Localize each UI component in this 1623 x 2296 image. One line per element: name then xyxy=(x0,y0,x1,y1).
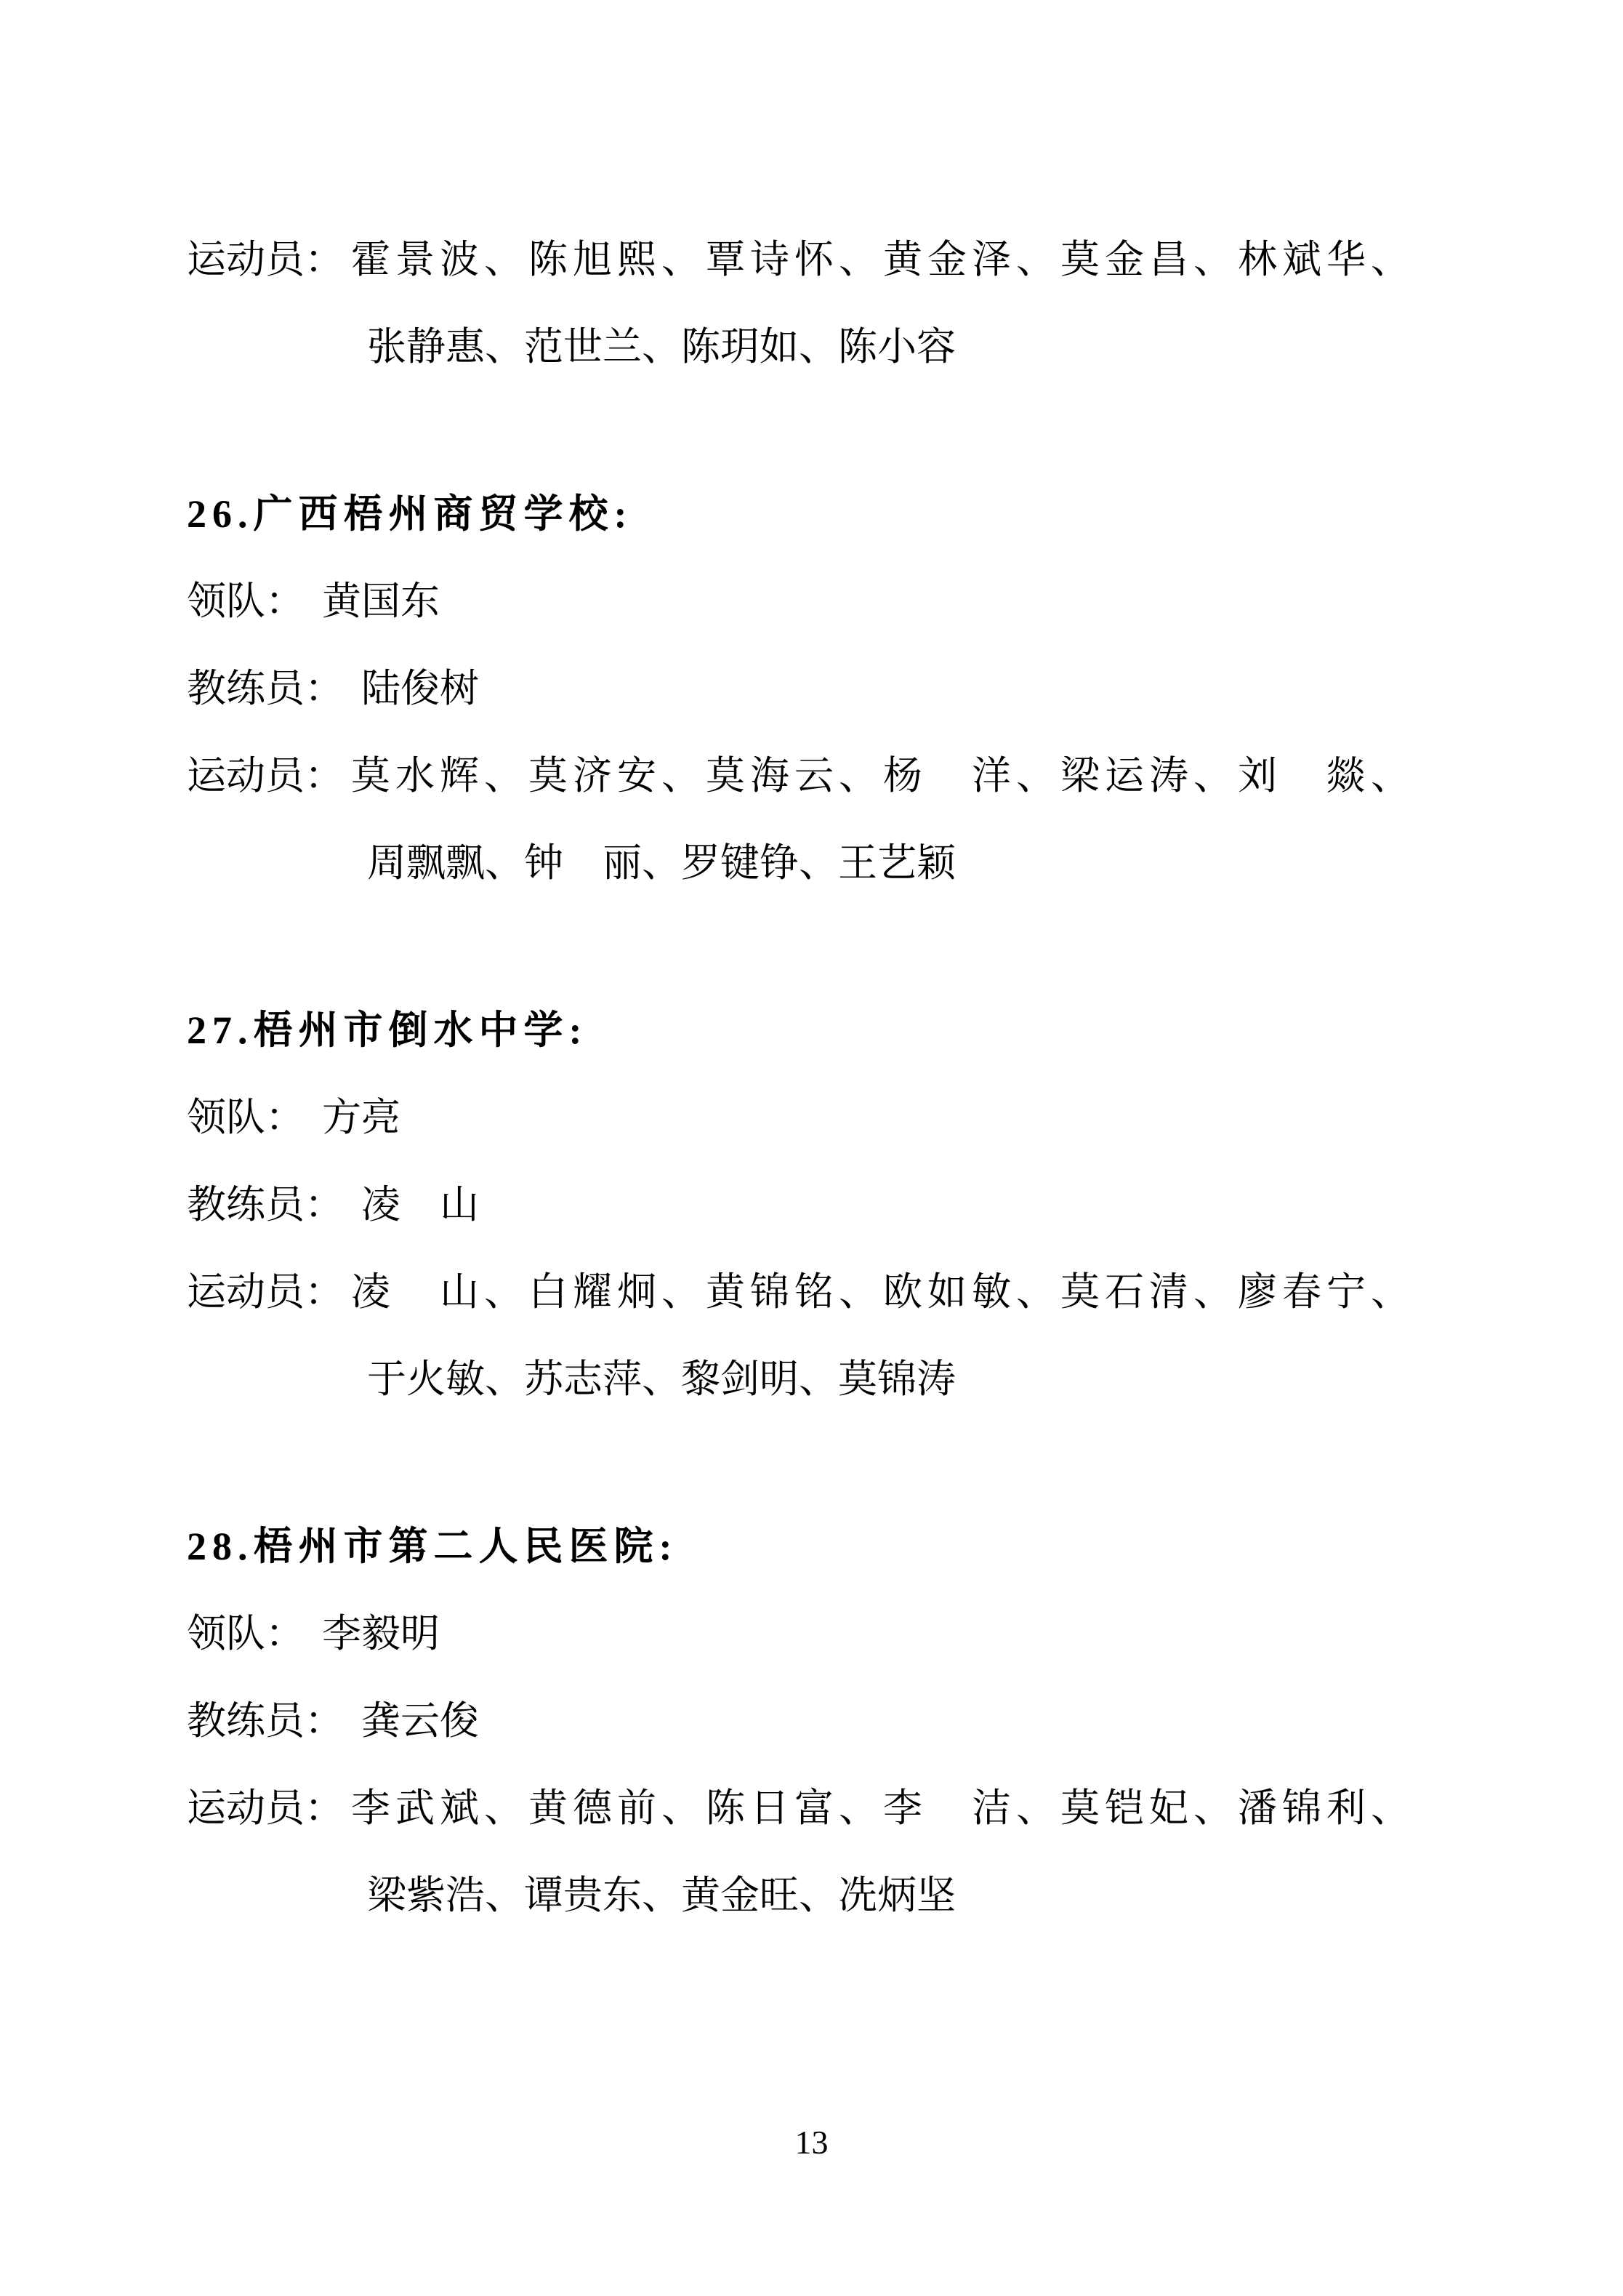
leader-name: 黄国东 xyxy=(322,579,440,623)
leader-line-28: 领队：李毅明 xyxy=(187,1590,1443,1677)
leader-name: 方亮 xyxy=(322,1096,400,1139)
athletes-names: 凌 山、白耀炯、黄锦铭、欧如敏、莫石清、廖春宁、 xyxy=(351,1270,1415,1314)
athletes-names: 莫水辉、莫济安、莫海云、杨 洋、梁运涛、刘 燚、 xyxy=(351,754,1415,798)
leader-label: 领队： xyxy=(187,579,305,623)
leader-name: 李毅明 xyxy=(322,1612,440,1655)
coach-label: 教练员： xyxy=(187,1699,344,1743)
continuation-athletes-line-2: 张静惠、范世兰、陈玥如、陈小容 xyxy=(187,303,1443,390)
coach-line-27: 教练员：凌 山 xyxy=(187,1161,1443,1248)
section-heading-26: 26.广西梧州商贸学校: xyxy=(187,470,1443,558)
leader-line-27: 领队：方亮 xyxy=(187,1074,1443,1161)
document-content: 运动员：霍景波、陈旭熙、覃诗怀、黄金泽、莫金昌、林斌华、 张静惠、范世兰、陈玥如… xyxy=(187,216,1443,1939)
section-gap xyxy=(187,390,1443,470)
athletes-names: 张静惠、范世兰、陈玥如、陈小容 xyxy=(367,325,956,369)
athletes-label: 运动员： xyxy=(187,1786,344,1830)
athletes-label: 运动员： xyxy=(187,238,344,281)
athletes-line-27-2: 于火敏、苏志萍、黎剑明、莫锦涛 xyxy=(187,1336,1443,1423)
section-heading-27: 27.梧州市倒水中学: xyxy=(187,987,1443,1074)
athletes-label: 运动员： xyxy=(187,1270,344,1314)
leader-label: 领队： xyxy=(187,1096,305,1139)
coach-label: 教练员： xyxy=(187,1183,344,1227)
section-gap xyxy=(187,907,1443,987)
athletes-names: 李武斌、黄德前、陈日富、李 洁、莫铠妃、潘锦利、 xyxy=(351,1786,1415,1830)
athletes-names: 于火敏、苏志萍、黎剑明、莫锦涛 xyxy=(367,1357,956,1401)
section-heading-28: 28.梧州市第二人民医院: xyxy=(187,1503,1443,1590)
coach-line-28: 教练员：龚云俊 xyxy=(187,1677,1443,1765)
coach-name: 陆俊树 xyxy=(361,667,479,710)
coach-label: 教练员： xyxy=(187,667,344,710)
document-page: 运动员：霍景波、陈旭熙、覃诗怀、黄金泽、莫金昌、林斌华、 张静惠、范世兰、陈玥如… xyxy=(0,0,1623,2296)
coach-line-26: 教练员：陆俊树 xyxy=(187,645,1443,732)
coach-name: 龚云俊 xyxy=(361,1699,479,1743)
continuation-athletes-line-1: 运动员：霍景波、陈旭熙、覃诗怀、黄金泽、莫金昌、林斌华、 xyxy=(187,216,1443,303)
section-gap xyxy=(187,1423,1443,1503)
athletes-names: 周飘飘、钟 丽、罗键铮、王艺颖 xyxy=(367,841,956,885)
coach-name: 凌 山 xyxy=(361,1183,479,1227)
athletes-line-26-1: 运动员：莫水辉、莫济安、莫海云、杨 洋、梁运涛、刘 燚、 xyxy=(187,732,1443,819)
athletes-names: 霍景波、陈旭熙、覃诗怀、黄金泽、莫金昌、林斌华、 xyxy=(351,238,1415,281)
athletes-line-26-2: 周飘飘、钟 丽、罗键铮、王艺颖 xyxy=(187,819,1443,907)
athletes-line-28-1: 运动员：李武斌、黄德前、陈日富、李 洁、莫铠妃、潘锦利、 xyxy=(187,1765,1443,1852)
leader-line-26: 领队：黄国东 xyxy=(187,558,1443,645)
athletes-line-28-2: 梁紫浩、谭贵东、黄金旺、冼炳坚 xyxy=(187,1852,1443,1939)
leader-label: 领队： xyxy=(187,1612,305,1655)
athletes-label: 运动员： xyxy=(187,754,344,798)
page-number: 13 xyxy=(0,2124,1623,2161)
athletes-line-27-1: 运动员：凌 山、白耀炯、黄锦铭、欧如敏、莫石清、廖春宁、 xyxy=(187,1248,1443,1336)
athletes-names: 梁紫浩、谭贵东、黄金旺、冼炳坚 xyxy=(367,1874,956,1917)
